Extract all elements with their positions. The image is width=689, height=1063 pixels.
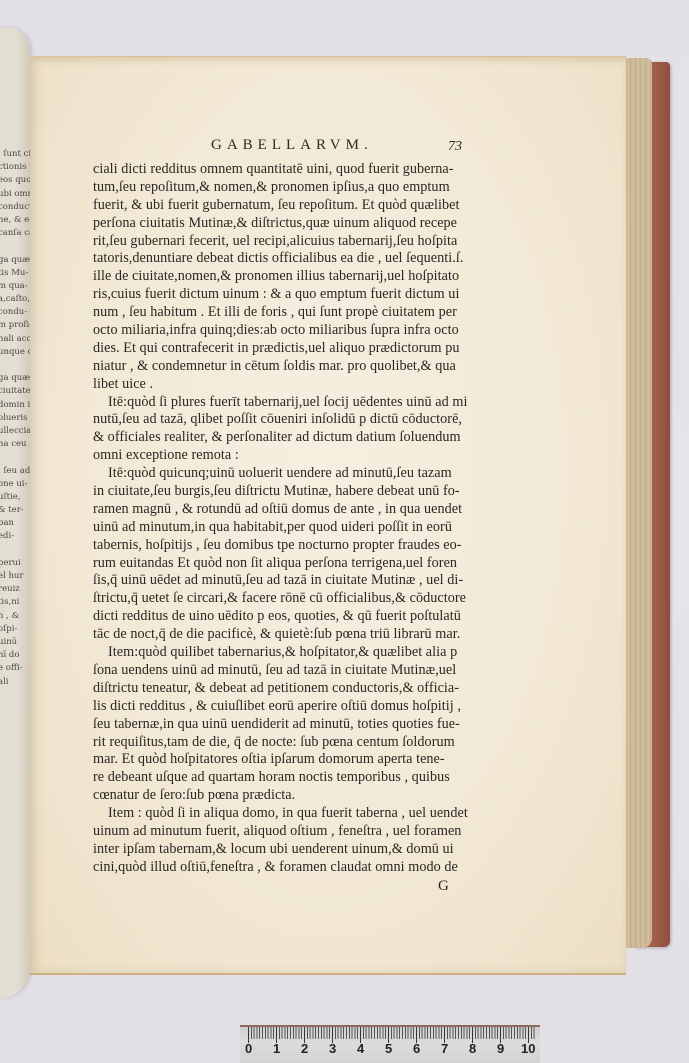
left-page-fragment: & ter- — [0, 504, 30, 517]
left-page-fragment: ali — [0, 676, 30, 689]
left-page-fragment: ctionis uel — [0, 161, 30, 174]
left-page-fragment — [0, 359, 30, 372]
text-line: re debeant uſque ad quartam horam noctis… — [93, 769, 493, 787]
left-page-text-fragments: , ſunt ci-ctionis ueleos quoli-ubi omnes… — [0, 148, 30, 689]
text-line: rum euitandas Et quòd non ſit aliqua per… — [93, 555, 493, 573]
text-line: uinū ad minutum,in qua habitabit,per quo… — [93, 519, 493, 537]
left-page-fragment: domin in — [0, 399, 30, 412]
text-line: ſtrictu,q̄ uetet ſe circari,& facere rōn… — [93, 590, 493, 608]
ruler-label: 6 — [413, 1041, 420, 1056]
left-page-fragment: ga quæ poſſi — [0, 372, 30, 385]
left-page-fragment: nali acci- — [0, 333, 30, 346]
left-page-fragment: , ſeu ad — [0, 465, 30, 478]
text-line: num , ſeu habitum . Et illi de foris , q… — [93, 304, 493, 322]
left-page-fragment: , ſunt ci- — [0, 148, 30, 161]
left-page-fragment: ciuitate — [0, 385, 30, 398]
text-line: tabernis, hoſpitijs , ſeu domibus tpe no… — [93, 537, 493, 555]
left-page-fragment — [0, 544, 30, 557]
text-line: ſeu tabernæ,in qua uinū uendiderit ad mi… — [93, 716, 493, 734]
left-page-fragment: a,caſto, — [0, 293, 30, 306]
text-line: lis dicti redditus , & cuiuſlibet eorū a… — [93, 698, 493, 716]
left-page-fragment: tis Mu- — [0, 267, 30, 280]
text-line: rit requiſitus,tam de die, q̄ de nocte: … — [93, 734, 493, 752]
left-page-fragment: n , & — [0, 610, 30, 623]
page-text-block: GABELLARVM. 73 ciali dicti redditus omne… — [93, 137, 493, 895]
left-page-fragment — [0, 451, 30, 464]
text-line: ciali dicti redditus omnem quantitatē ui… — [93, 161, 493, 179]
text-line: dicti redditus de uino uēdito p eos, quo… — [93, 608, 493, 626]
ruler-label: 7 — [441, 1041, 448, 1056]
left-page-fragment: m qua- — [0, 280, 30, 293]
ruler-labels: 012345678910 — [240, 1041, 540, 1059]
text-line: diſtrictu teneatur, & debeat ad petition… — [93, 680, 493, 698]
body-text: ciali dicti redditus omnem quantitatē ui… — [93, 161, 493, 877]
text-line: & officiales realiter, & perſonaliter ad… — [93, 429, 493, 447]
left-page-fragment: unque ci- — [0, 346, 30, 359]
left-page-fragment: ga quæ poſſi — [0, 254, 30, 267]
left-page-fragment: tis,ni — [0, 596, 30, 609]
ruler-label: 4 — [357, 1041, 364, 1056]
left-page-fragment: eos quoli- — [0, 174, 30, 187]
left-page-fragment: olueris — [0, 412, 30, 425]
left-page-fragment: uinū — [0, 636, 30, 649]
left-page-fragment: ne, & ea — [0, 214, 30, 227]
running-head: GABELLARVM. 73 — [93, 137, 493, 161]
left-page-fragment: edi- — [0, 530, 30, 543]
book-page: GABELLARVM. 73 ciali dicti redditus omne… — [30, 56, 626, 975]
left-page-fragment: condu- — [0, 306, 30, 319]
left-page-fragment: m proſia — [0, 319, 30, 332]
text-line: ramen magnū , & rotundū ad oſtiū domus d… — [93, 501, 493, 519]
text-line: tāc de noct,q̄ de die pacificè, & quietè… — [93, 626, 493, 644]
text-line: octo miliaria,infra quinq;dies:ab octo m… — [93, 322, 493, 340]
text-line: ris,cuius fuerit dictum uinum : & a quo … — [93, 286, 493, 304]
text-line: omni exceptione remota : — [93, 447, 493, 465]
left-page-fragment: perui — [0, 557, 30, 570]
text-line: niatur , & condemnetur in cētum ſoldis m… — [93, 358, 493, 376]
text-line: cini,quòd illud oſtiū,feneſtra , & foram… — [93, 859, 493, 877]
measurement-ruler: 012345678910 — [240, 1025, 540, 1063]
left-page-fragment: conductor — [0, 201, 30, 214]
left-page-fragment: reuiz — [0, 583, 30, 596]
ruler-label: 1 — [273, 1041, 280, 1056]
text-line: ſis,q̄ uinū uēdet ad minutū,ſeu ad tazā … — [93, 572, 493, 590]
left-page-fragment: el hur — [0, 570, 30, 583]
text-line: ille de ciuitate,nomen,& pronomen illius… — [93, 268, 493, 286]
left-page-fragment: one ui- — [0, 478, 30, 491]
text-line: Item:quòd quilibet tabernarius,& hoſpita… — [93, 644, 493, 662]
page-number: 73 — [448, 139, 462, 155]
left-page-fragment: e offi- — [0, 662, 30, 675]
left-facing-page: , ſunt ci-ctionis ueleos quoli-ubi omnes… — [0, 28, 30, 998]
text-line: nutū,ſeu ad tazā, qlibet poſſit cōueniri… — [93, 411, 493, 429]
text-line: mar. Et quòd hoſpitatores oſtia ipſarum … — [93, 751, 493, 769]
signature-mark: G — [438, 878, 493, 895]
text-line: tum,ſeu repoſitum,& nomen,& pronomen ipſ… — [93, 179, 493, 197]
ruler-label: 9 — [497, 1041, 504, 1056]
ruler-label: 3 — [329, 1041, 336, 1056]
running-title: GABELLARVM. — [211, 137, 373, 154]
ruler-label: 10 — [521, 1041, 535, 1056]
left-page-fragment: ban — [0, 517, 30, 530]
ruler-label: 5 — [385, 1041, 392, 1056]
left-page-fragment: ulleccian — [0, 425, 30, 438]
left-page-fragment: oſpi- — [0, 623, 30, 636]
text-line: Itē:quòd quicunq;uinū uoluerit uendere a… — [93, 465, 493, 483]
text-line: libet uice . — [93, 376, 493, 394]
left-page-fragment: canſa ca — [0, 227, 30, 240]
left-page-fragment: nī do — [0, 649, 30, 662]
ruler-label: 2 — [301, 1041, 308, 1056]
text-line: fuerit, & ubi fuerit gubernatum, ſeu rep… — [93, 197, 493, 215]
ruler-label: 8 — [469, 1041, 476, 1056]
text-line: rit,ſeu gubernari fecerit, uel recipi,al… — [93, 233, 493, 251]
left-page-fragment: ubi omnes — [0, 188, 30, 201]
text-line: inter ipſam tabernam,& locum ubi uendere… — [93, 841, 493, 859]
text-line: perſona ciuitatis Mutinæ,& diſtrictus,qu… — [93, 215, 493, 233]
ruler-label: 0 — [245, 1041, 252, 1056]
text-line: Itē:quòd ſi plures fuerīt tabernarij,uel… — [93, 394, 493, 412]
text-line: cœnatur de ſero:ſub pœna prædicta. — [93, 787, 493, 805]
text-line: Item : quòd ſi in aliqua domo, in qua fu… — [93, 805, 493, 823]
left-page-fragment: uſtie, — [0, 491, 30, 504]
left-page-fragment — [0, 240, 30, 253]
text-line: ſona uendens uinū ad minutū, ſeu ad tazā… — [93, 662, 493, 680]
text-line: in ciuitate,ſeu burgis,ſeu diſtrictu Mut… — [93, 483, 493, 501]
left-page-fragment: na ceu — [0, 438, 30, 451]
text-line: tatoris,denuntiare debeat dictis officia… — [93, 250, 493, 268]
text-line: dies. Et qui contrafecerit in prædictis,… — [93, 340, 493, 358]
text-line: uinum ad minutum fuerit, aliquod oſtium … — [93, 823, 493, 841]
